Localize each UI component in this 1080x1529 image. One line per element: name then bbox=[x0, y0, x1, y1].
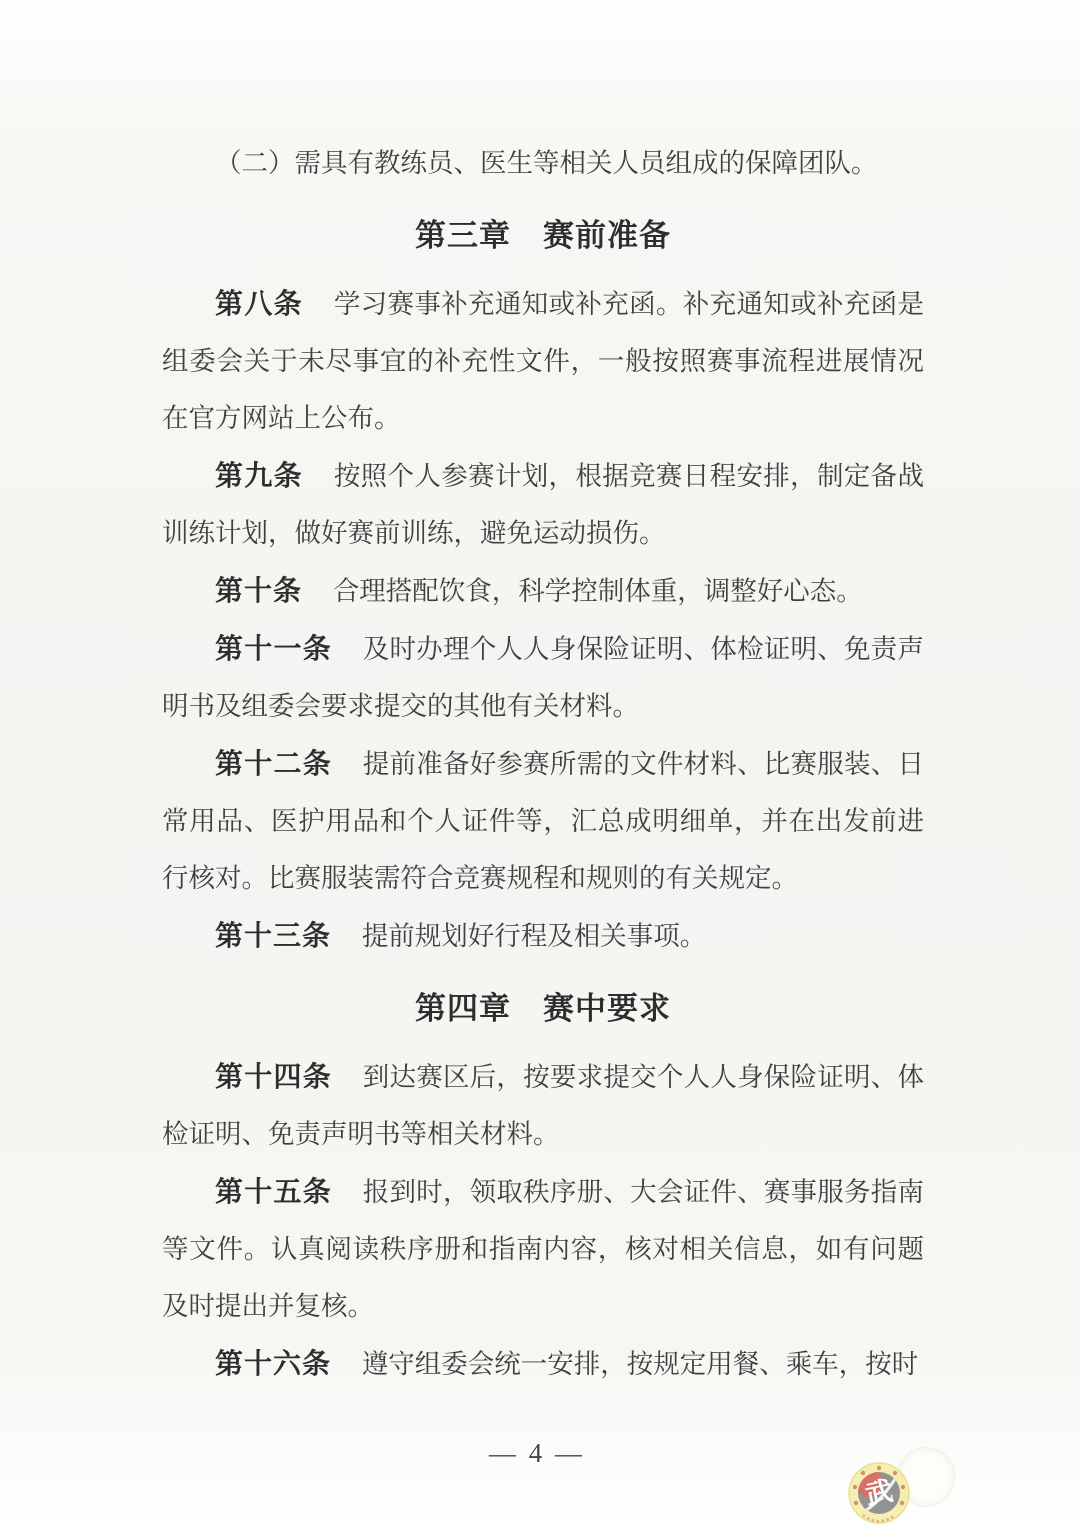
article-number-15: 第十五条 bbox=[215, 1176, 332, 1207]
article-number-11: 第十一条 bbox=[215, 633, 332, 664]
article-text-13: 提前规划好行程及相关事项。 bbox=[362, 921, 707, 951]
article-number-13: 第十三条 bbox=[215, 920, 331, 951]
article-paragraph-10: 第十条合理搭配饮食，科学控制体重，调整好心态。 bbox=[162, 562, 924, 620]
article-number-9: 第九条 bbox=[215, 460, 303, 491]
article-number-16: 第十六条 bbox=[215, 1348, 331, 1379]
list-item-2: （二）需具有教练员、医生等相关人员组成的保障团队。 bbox=[162, 135, 924, 192]
article-paragraph-12: 第十二条提前准备好参赛所需的文件材料、比赛服装、日常用品、医护用品和个人证件等，… bbox=[162, 735, 924, 907]
article-number-10: 第十条 bbox=[215, 575, 302, 606]
article-paragraph-14: 第十四条到达赛区后，按要求提交个人人身保险证明、体检证明、免责声明书等相关材料。 bbox=[162, 1048, 924, 1163]
article-number-8: 第八条 bbox=[215, 288, 303, 319]
martial-arts-stamp-logo: 武 bbox=[847, 1459, 911, 1529]
article-number-14: 第十四条 bbox=[215, 1061, 332, 1092]
chapter-heading-4: 第四章 赛中要求 bbox=[162, 980, 924, 1037]
article-paragraph-9: 第九条按照个人参赛计划，根据竞赛日程安排，制定备战训练计划，做好赛前训练，避免运… bbox=[162, 447, 924, 562]
document-page: （二）需具有教练员、医生等相关人员组成的保障团队。 第三章 赛前准备 第八条学习… bbox=[0, 0, 1080, 1529]
article-paragraph-16: 第十六条遵守组委会统一安排，按规定用餐、乘车，按时 bbox=[162, 1335, 924, 1393]
chapter-heading-3: 第三章 赛前准备 bbox=[162, 207, 924, 264]
article-text-16: 遵守组委会统一安排，按规定用餐、乘车，按时 bbox=[362, 1349, 919, 1379]
article-text-10: 合理搭配饮食，科学控制体重，调整好心态。 bbox=[333, 576, 863, 606]
article-paragraph-15: 第十五条报到时，领取秩序册、大会证件、赛事服务指南等文件。认真阅读秩序册和指南内… bbox=[162, 1163, 924, 1335]
article-paragraph-13: 第十三条提前规划好行程及相关事项。 bbox=[162, 907, 924, 965]
document-body: （二）需具有教练员、医生等相关人员组成的保障团队。 第三章 赛前准备 第八条学习… bbox=[162, 135, 924, 1393]
article-number-12: 第十二条 bbox=[215, 748, 332, 779]
article-paragraph-8: 第八条学习赛事补充通知或补充函。补充通知或补充函是组委会关于未尽事宜的补充性文件… bbox=[162, 275, 924, 447]
article-paragraph-11: 第十一条及时办理个人人身保险证明、体检证明、免责声明书及组委会要求提交的其他有关… bbox=[162, 620, 924, 735]
